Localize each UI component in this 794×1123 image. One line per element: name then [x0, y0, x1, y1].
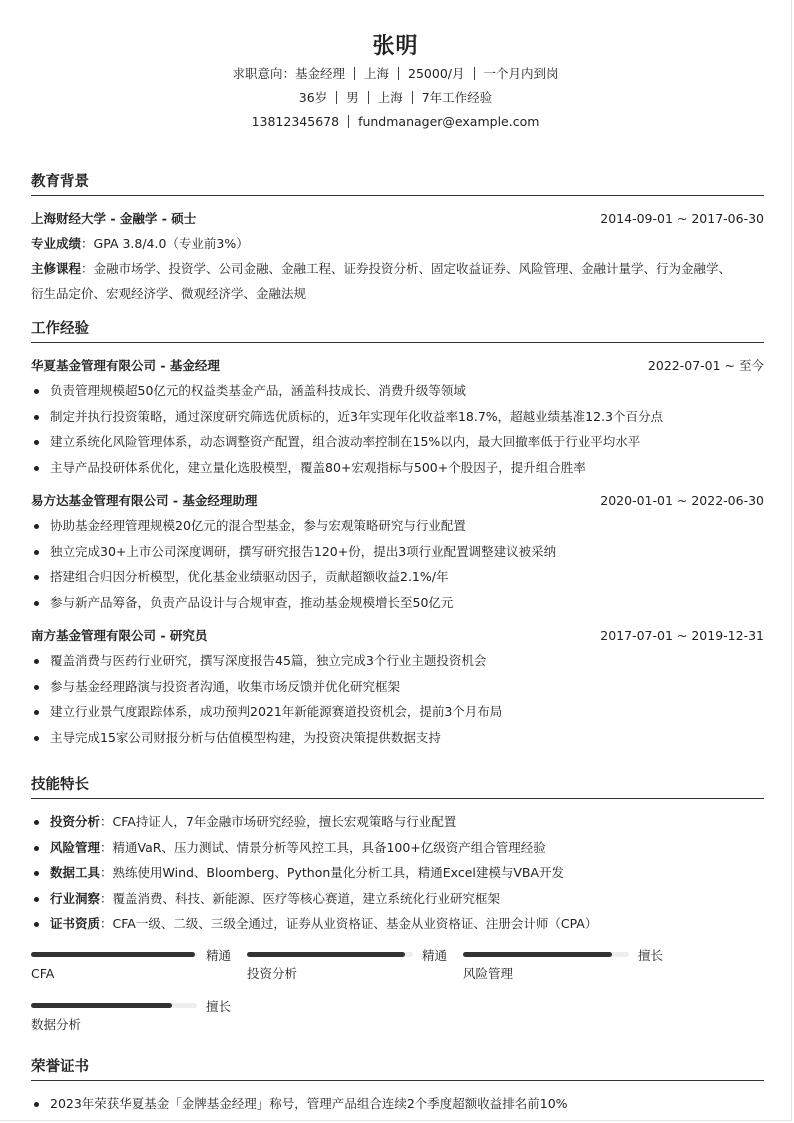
job-bullets: 协助基金经理管理规模20亿元的混合型基金，参与宏观策略研究与行业配置 独立完成3…: [31, 513, 764, 615]
job-head: 南方基金管理有限公司 - 研究员 2017-07-01 ~ 2019-12-31: [31, 623, 764, 648]
honors-list: 2023年荣获华夏基金「金牌基金经理」称号，管理产品组合连续2个季度超额收益排名…: [31, 1091, 764, 1117]
skill-item: 行业洞察：覆盖消费、科技、新能源、医疗等核心赛道，建立系统化行业研究框架: [31, 886, 764, 912]
separator: [368, 91, 369, 104]
education-section: 教育背景 上海财经大学 - 金融学 - 硕士 2014-09-01 ~ 2017…: [31, 170, 764, 306]
honors-section: 荣誉证书 2023年荣获华夏基金「金牌基金经理」称号，管理产品组合连续2个季度超…: [31, 1055, 764, 1117]
skill-text: ：覆盖消费、科技、新能源、医疗等核心赛道，建立系统化行业研究框架: [100, 891, 500, 906]
job-entry: 南方基金管理有限公司 - 研究员 2017-07-01 ~ 2019-12-31…: [31, 623, 764, 750]
courses-label: 主修课程: [31, 261, 81, 276]
resume-page: 张明 求职意向：基金经理上海25000/月一个月内到岗 36岁男上海7年工作经验…: [0, 0, 792, 1121]
job-bullet: 制定并执行投资策略，通过深度研究筛选优质标的，近3年实现年化收益率18.7%，超…: [31, 404, 764, 430]
skill-name: CFA: [31, 964, 231, 984]
gpa-label: 专业成绩: [31, 236, 81, 251]
job-bullet: 参与新产品筹备，负责产品设计与合规审查，推动基金规模增长至50亿元: [31, 590, 764, 616]
separator: [412, 91, 413, 104]
skill-text: ：精通VaR、压力测试、情景分析等风控工具，具备100+亿级资产组合管理经验: [100, 840, 546, 855]
section-title-skills: 技能特长: [31, 773, 764, 799]
job-date: 2020-01-01 ~ 2022-06-30: [600, 488, 764, 513]
job-bullet: 协助基金经理管理规模20亿元的混合型基金，参与宏观策略研究与行业配置: [31, 513, 764, 539]
job-bullets: 负责管理规模超50亿元的权益类基金产品，涵盖科技成长、消费升级等领域 制定并执行…: [31, 378, 764, 480]
candidate-name: 张明: [31, 32, 760, 62]
phone: 13812345678: [252, 114, 339, 129]
contact-line: 13812345678fundmanager@example.com: [31, 110, 760, 134]
honor-item: 2023年荣获华夏基金「金牌基金经理」称号，管理产品组合连续2个季度超额收益排名…: [31, 1091, 764, 1117]
job-bullet: 建立行业景气度跟踪体系，成功预判2021年新能源赛道投资机会，提前3个月布局: [31, 699, 764, 725]
skill-text: ：熟练使用Wind、Bloomberg、Python量化分析工具，精通Excel…: [100, 865, 564, 880]
skill-bar-investment: 精通 投资分析: [247, 946, 447, 984]
skill-level: 精通: [206, 946, 231, 964]
resume-header: 张明 求职意向：基金经理上海25000/月一个月内到岗 36岁男上海7年工作经验…: [31, 0, 760, 134]
skill-label: 投资分析: [50, 814, 100, 829]
skill-label: 风险管理: [50, 840, 100, 855]
separator: [474, 67, 475, 80]
skill-bar-cfa: 精通 CFA: [31, 946, 231, 984]
skill-label: 数据工具: [50, 865, 100, 880]
job-date: 2022-07-01 ~ 至今: [648, 353, 764, 378]
skill-text: ：CFA一级、二级、三级全通过，证券从业资格证、基金从业资格证、注册会计师（CP…: [100, 916, 597, 931]
job-bullet: 独立完成30+上市公司深度调研，撰写研究报告120+份，提出3项行业配置调整建议…: [31, 539, 764, 565]
education-gpa: 专业成绩：GPA 3.8/4.0（专业前3%）: [31, 231, 764, 256]
skill-track: [247, 952, 413, 957]
education-date: 2014-09-01 ~ 2017-06-30: [600, 206, 764, 231]
skill-level: 擅长: [206, 997, 231, 1015]
job-heading: 南方基金管理有限公司 - 研究员: [31, 623, 207, 648]
skill-track: [463, 952, 629, 957]
job-entry: 易方达基金管理有限公司 - 基金经理助理 2020-01-01 ~ 2022-0…: [31, 488, 764, 615]
section-title-honors: 荣誉证书: [31, 1055, 764, 1081]
section-title-education: 教育背景: [31, 170, 764, 196]
job-bullet: 建立系统化风险管理体系，动态调整资产配置，组合波动率控制在15%以内，最大回撤率…: [31, 429, 764, 455]
job-bullet: 主导完成15家公司财报分析与估值模型构建，为投资决策提供数据支持: [31, 725, 764, 751]
skill-level: 擅长: [638, 946, 663, 964]
job-head: 易方达基金管理有限公司 - 基金经理助理 2020-01-01 ~ 2022-0…: [31, 488, 764, 513]
job-intent: 求职意向：基金经理: [232, 66, 345, 81]
job-entry: 华夏基金管理有限公司 - 基金经理 2022-07-01 ~ 至今 负责管理规模…: [31, 353, 764, 480]
job-date: 2017-07-01 ~ 2019-12-31: [600, 623, 764, 648]
intent-salary: 25000/月: [408, 66, 464, 81]
job-bullet: 主导产品投研体系优化，建立量化选股模型，覆盖80+宏观指标与500+个股因子，提…: [31, 455, 764, 481]
gender: 男: [346, 90, 359, 105]
intent-city: 上海: [364, 66, 389, 81]
skill-track: [31, 952, 197, 957]
skill-fill: [463, 952, 612, 957]
skills-section: 技能特长 投资分析：CFA持证人，7年金融市场研究经验，擅长宏观策略与行业配置 …: [31, 773, 764, 1056]
skill-name: 投资分析: [247, 964, 447, 984]
skill-fill: [247, 952, 405, 957]
job-bullet: 负责管理规模超50亿元的权益类基金产品，涵盖科技成长、消费升级等领域: [31, 378, 764, 404]
skill-fill: [31, 952, 195, 957]
skills-list: 投资分析：CFA持证人，7年金融市场研究经验，擅长宏观策略与行业配置 风险管理：…: [31, 809, 764, 937]
city: 上海: [378, 90, 403, 105]
skill-bars: 精通 CFA 精通 投资分析 擅长 风险管理 擅长 数据分析: [31, 946, 764, 1056]
education-courses-cont: 衍生品定价、宏观经济学、微观经济学、金融法规: [31, 281, 764, 306]
separator: [336, 91, 337, 104]
job-bullet: 参与基金经理路演与投资者沟通，收集市场反馈并优化研究框架: [31, 674, 764, 700]
courses-value: ：金融市场学、投资学、公司金融、金融工程、证券投资分析、固定收益证券、风险管理、…: [81, 261, 731, 276]
age: 36岁: [299, 90, 327, 105]
basic-info-line: 36岁男上海7年工作经验: [31, 86, 760, 110]
job-bullet: 搭建组合归因分析模型，优化基金业绩驱动因子，贡献超额收益2.1%/年: [31, 564, 764, 590]
education-courses: 主修课程：金融市场学、投资学、公司金融、金融工程、证券投资分析、固定收益证券、风…: [31, 256, 764, 281]
experience-years: 7年工作经验: [422, 90, 492, 105]
education-school: 上海财经大学 - 金融学 - 硕士: [31, 206, 196, 231]
skill-name: 风险管理: [463, 964, 663, 984]
section-title-work: 工作经验: [31, 317, 764, 343]
email[interactable]: fundmanager@example.com: [358, 114, 539, 129]
separator: [398, 67, 399, 80]
gpa-value: ：GPA 3.8/4.0（专业前3%）: [81, 236, 249, 251]
skill-label: 行业洞察: [50, 891, 100, 906]
job-bullets: 覆盖消费与医药行业研究，撰写深度报告45篇，独立完成3个行业主题投资机会 参与基…: [31, 648, 764, 750]
skill-item: 数据工具：熟练使用Wind、Bloomberg、Python量化分析工具，精通E…: [31, 860, 764, 886]
separator: [354, 67, 355, 80]
skill-bar-risk: 擅长 风险管理: [463, 946, 663, 984]
skill-text: ：CFA持证人，7年金融市场研究经验，擅长宏观策略与行业配置: [100, 814, 456, 829]
skill-level: 精通: [422, 946, 447, 964]
job-bullet: 覆盖消费与医药行业研究，撰写深度报告45篇，独立完成3个行业主题投资机会: [31, 648, 764, 674]
job-intent-line: 求职意向：基金经理上海25000/月一个月内到岗: [31, 62, 760, 86]
skill-track: [31, 1003, 197, 1008]
skill-label: 证书资质: [50, 916, 100, 931]
skill-item: 证书资质：CFA一级、二级、三级全通过，证券从业资格证、基金从业资格证、注册会计…: [31, 911, 764, 937]
work-section: 工作经验 华夏基金管理有限公司 - 基金经理 2022-07-01 ~ 至今 负…: [31, 317, 764, 750]
skill-item: 投资分析：CFA持证人，7年金融市场研究经验，擅长宏观策略与行业配置: [31, 809, 764, 835]
skill-bar-data: 擅长 数据分析: [31, 997, 231, 1035]
intent-availability: 一个月内到岗: [484, 66, 559, 81]
job-heading: 易方达基金管理有限公司 - 基金经理助理: [31, 488, 257, 513]
skill-fill: [31, 1003, 172, 1008]
skill-item: 风险管理：精通VaR、压力测试、情景分析等风控工具，具备100+亿级资产组合管理…: [31, 835, 764, 861]
separator: [348, 115, 349, 128]
job-head: 华夏基金管理有限公司 - 基金经理 2022-07-01 ~ 至今: [31, 353, 764, 378]
skill-name: 数据分析: [31, 1015, 231, 1035]
job-heading: 华夏基金管理有限公司 - 基金经理: [31, 353, 220, 378]
education-entry-head: 上海财经大学 - 金融学 - 硕士 2014-09-01 ~ 2017-06-3…: [31, 206, 764, 231]
